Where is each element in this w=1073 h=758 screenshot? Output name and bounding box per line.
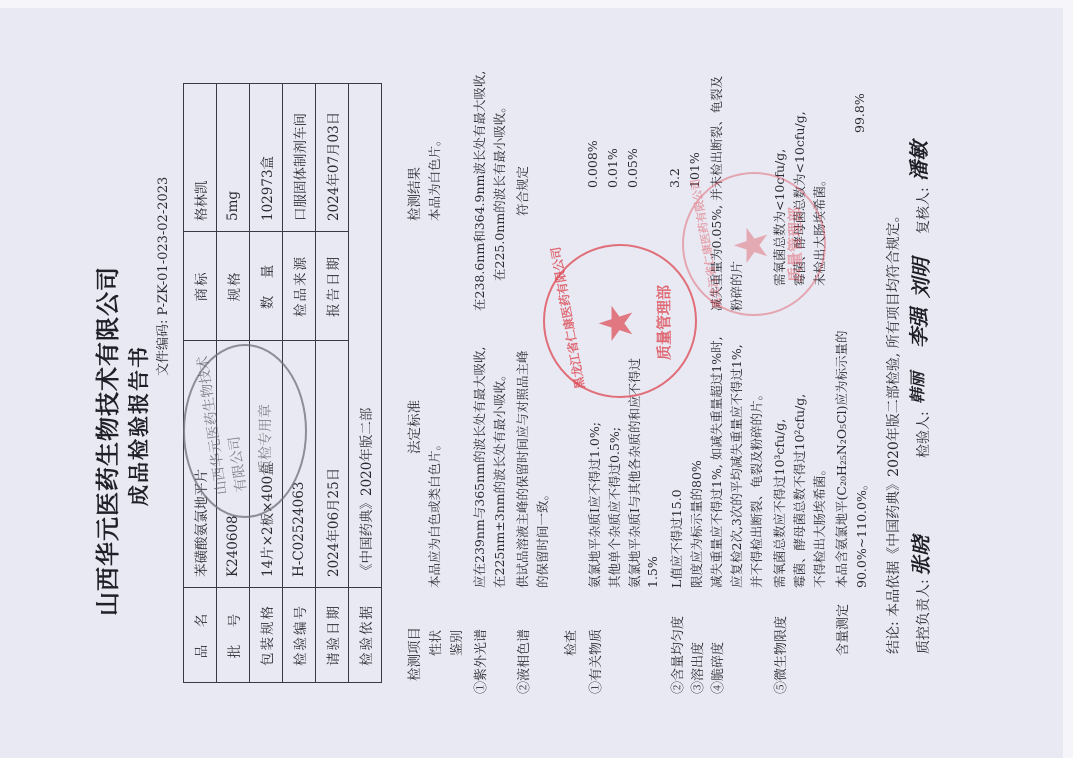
test-assay-standard-line1: 本品含氨氯地平(C₂₀H₂₅N₂O₅Cl)应为标示量的 bbox=[832, 330, 850, 588]
table-row: 包装规格 14片×2板×400盒 数 量 102973盒 bbox=[250, 84, 283, 683]
test-friability-label: ④脆碎度 bbox=[707, 642, 726, 694]
value-quantity: 102973盒 bbox=[250, 84, 283, 232]
qc-manager-signature: 张晓 bbox=[905, 536, 934, 576]
label-package-spec: 包装规格 bbox=[250, 588, 283, 683]
test-microbial-label: ⑤微生物限度 bbox=[770, 616, 789, 694]
test-uv-result-line1: 在238.6nm和364.9nm波长处有最大吸收, bbox=[470, 71, 488, 311]
test-assay-standard-line2: 90.0%~110.0%。 bbox=[852, 478, 870, 588]
test-uniformity-result: 3.2 bbox=[667, 168, 682, 188]
reviewer-label: 复核人: bbox=[913, 187, 933, 234]
test-related-standard-line1: 氨氯地平杂质Ⅰ应不得过1.0%; bbox=[585, 422, 603, 588]
value-product-name: 苯磺酸氨氯地平片 bbox=[184, 341, 217, 588]
test-friability-standard-line3: 并不得检出断裂、龟裂及粉碎的片。 bbox=[747, 388, 765, 588]
test-related-result-2: 0.01% bbox=[605, 148, 620, 188]
value-inspection-number: H-C02524063 bbox=[283, 341, 316, 588]
test-microbial-standard-line1: 需氧菌总数应不得过10³cfu/g, bbox=[770, 419, 788, 588]
test-uv-standard-line2: 在225nm±3nm的波长处有最小吸收。 bbox=[490, 368, 508, 588]
star-icon: ★ bbox=[728, 225, 774, 266]
company-name: 山西华元医药生物技术有限公司 bbox=[88, 266, 123, 616]
test-uv-label: ①紫外光谱 bbox=[470, 629, 489, 694]
doc-number-label: 文件编码: bbox=[156, 320, 171, 376]
report-title: 成品检验报告书 bbox=[123, 345, 153, 506]
value-sample-source: 口服固体制剂车间 bbox=[283, 84, 316, 232]
table-row: 检验依据 《中国药典》2020年版二部 bbox=[349, 84, 382, 683]
test-uv-result-line2: 在225.0nm的波长有最小吸收。 bbox=[490, 100, 508, 281]
qc-manager-label: 质控负责人: bbox=[913, 579, 933, 654]
test-assay-result: 99.8% bbox=[852, 93, 867, 133]
test-hplc-standard-line2: 的保留时间一致。 bbox=[533, 488, 551, 588]
test-related-substances-label: ①有关物质 bbox=[585, 629, 604, 694]
label-request-date: 请验日期 bbox=[316, 588, 349, 683]
test-friability-standard-line1: 减失重量应不得过1%, 如减失重量超过1%时, bbox=[707, 336, 725, 588]
test-related-result-3: 0.05% bbox=[625, 148, 640, 188]
value-trademark: 格林凯 bbox=[184, 84, 217, 232]
test-uniformity-label: ②含量均匀度 bbox=[667, 616, 686, 694]
inspector-signature-3: 刘明 bbox=[905, 258, 934, 298]
table-row: 请验日期 2024年06月25日 报告日期 2024年07月03日 bbox=[316, 84, 349, 683]
reviewer-signature: 潘敏 bbox=[903, 141, 932, 181]
label-sample-source: 检品来源 bbox=[283, 232, 316, 341]
column-heading-standard: 法定标准 bbox=[403, 400, 423, 454]
value-report-date: 2024年07月03日 bbox=[316, 84, 349, 232]
value-inspection-basis: 《中国药典》2020年版二部 bbox=[349, 84, 382, 588]
test-friability-result-line1: 减失重量为0.05%, 并未检出断裂、龟裂及 bbox=[707, 76, 725, 311]
test-microbial-standard-line3: 不得检出大肠埃希菌。 bbox=[810, 463, 828, 588]
inspection-report-page: 山西华元医药生物技术有限公司 成品检验报告书 文件编码: P-ZK-01-023… bbox=[0, 8, 1063, 758]
test-microbial-standard-line2: 霉菌、酵母菌总数不得过10²cfu/g, bbox=[790, 394, 808, 588]
label-inspection-basis: 检验依据 bbox=[349, 588, 382, 683]
test-related-standard-line3: 氨氯地平杂质Ⅰ与其他各杂质的和应不得过 bbox=[625, 358, 643, 588]
test-uniformity-standard: L值应不得过15.0 bbox=[667, 489, 685, 588]
label-specification: 规格 bbox=[217, 232, 250, 341]
table-row: 品 名 苯磺酸氨氯地平片 商标 格林凯 bbox=[184, 84, 217, 683]
test-hplc-standard-line1: 供试品溶液主峰的保留时间应与对照品主峰 bbox=[513, 350, 531, 588]
label-inspection-number: 检验编号 bbox=[283, 588, 316, 683]
label-product-name: 品 名 bbox=[184, 588, 217, 683]
test-dissolution-result: 101% bbox=[687, 152, 702, 188]
value-package-spec: 14片×2板×400盒 bbox=[250, 341, 283, 588]
test-hplc-result: 符合规定 bbox=[513, 166, 531, 216]
test-microbial-result-line1: 需氧菌总数为<10cfu/g, bbox=[770, 149, 788, 286]
conclusion: 结论: 本品依据《中国药典》2020年版二部检验, 所有项目均符合规定。 bbox=[883, 208, 903, 654]
value-specification: 5mg bbox=[217, 84, 250, 232]
table-row: 批 号 K240608 规格 5mg bbox=[217, 84, 250, 683]
test-dissolution-label: ③溶出度 bbox=[687, 642, 706, 694]
column-heading-item: 检测项目 bbox=[403, 627, 423, 681]
test-appearance-result: 本品为白色片。 bbox=[425, 133, 443, 221]
test-friability-standard-line2: 应复检2次,3次的平均减失重量应不得过1%, bbox=[727, 344, 745, 588]
test-related-standard-line2: 其他单个杂质应不得过0.5%; bbox=[605, 427, 623, 588]
star-icon: ★ bbox=[593, 303, 639, 344]
test-uv-standard-line1: 应在239nm与365nm的波长处有最大吸收, bbox=[470, 347, 488, 589]
column-heading-result: 检测结果 bbox=[403, 167, 423, 221]
test-microbial-result-line2: 霉菌、酵母菌总数为<10cfu/g, bbox=[790, 111, 808, 286]
identification-heading: 鉴别 bbox=[446, 630, 465, 656]
quality-dept-stamp-1: ★ 黑龙江省仁康医药有限公司 质量管理部 bbox=[543, 244, 697, 398]
test-microbial-result-line3: 未检出大肠埃希菌。 bbox=[810, 173, 828, 286]
scanned-document-frame: 山西华元医药生物技术有限公司 成品检验报告书 文件编码: P-ZK-01-023… bbox=[0, 8, 1063, 758]
inspector-label: 检验人: bbox=[913, 411, 933, 458]
doc-number-value: P-ZK-01-023-02-2023 bbox=[156, 177, 171, 316]
test-assay-label: 含量测定 bbox=[832, 604, 851, 656]
value-request-date: 2024年06月25日 bbox=[316, 341, 349, 588]
table-row: 检验编号 H-C02524063 检品来源 口服固体制剂车间 bbox=[283, 84, 316, 683]
test-hplc-label: ②液相色谱 bbox=[513, 629, 532, 694]
value-batch-number: K240608 bbox=[217, 341, 250, 588]
examination-heading: 检查 bbox=[560, 630, 579, 656]
stamp1-company-text: 黑龙江省仁康医药有限公司 bbox=[547, 246, 589, 391]
inspector-signature-1: 韩丽 bbox=[905, 372, 928, 404]
stamp1-dept-text: 质量管理部 bbox=[653, 285, 674, 360]
inspector-signature-2: 李强 bbox=[903, 308, 932, 348]
document-number: 文件编码: P-ZK-01-023-02-2023 bbox=[152, 177, 171, 376]
test-related-result-1: 0.008% bbox=[585, 140, 600, 188]
label-batch-number: 批 号 bbox=[217, 588, 250, 683]
test-dissolution-standard: 限度应为标示量的80% bbox=[687, 460, 705, 588]
test-appearance-label: 性状 bbox=[425, 630, 444, 656]
label-report-date: 报告日期 bbox=[316, 232, 349, 341]
label-quantity: 数 量 bbox=[250, 232, 283, 341]
test-appearance-standard: 本品应为白色或类白色片。 bbox=[425, 438, 443, 588]
test-friability-result-line2: 粉碎的片 bbox=[727, 261, 745, 311]
product-info-table: 品 名 苯磺酸氨氯地平片 商标 格林凯 批 号 K240608 规格 5mg 包… bbox=[183, 83, 382, 683]
label-trademark: 商标 bbox=[184, 232, 217, 341]
test-related-standard-line4: 1.5% bbox=[645, 556, 660, 588]
